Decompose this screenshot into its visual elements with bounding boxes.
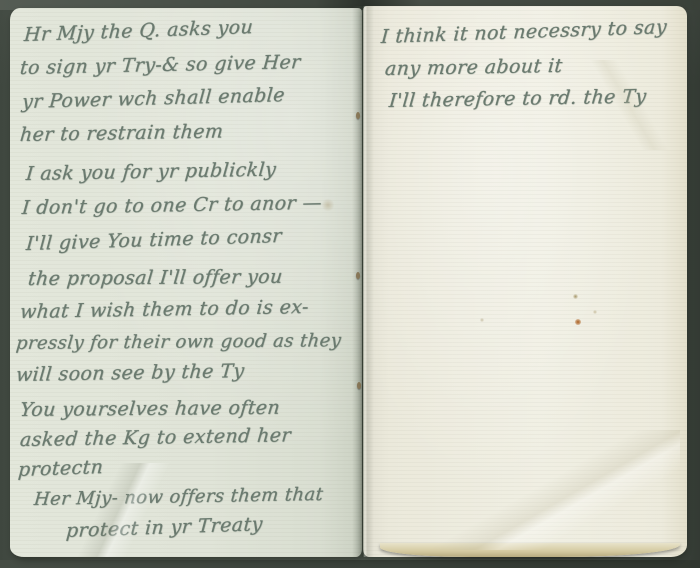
handwritten-line: pressly for their own good as they <box>15 332 342 353</box>
notebook-photograph: Hr Mjy the Q. asks you to sign yr Try-& … <box>0 0 700 568</box>
handwritten-line: yr Power wch shall enable <box>21 86 285 112</box>
handwritten-line: I think it not necessry to say <box>380 18 667 47</box>
handwritten-line: will soon see by the Ty <box>15 362 245 385</box>
stitch-thread <box>357 382 361 389</box>
handwritten-line: I'll therefore to rd. the Ty <box>388 87 647 111</box>
handwritten-line: I don't go to one Cr to anor — <box>21 194 323 218</box>
stitch-thread <box>356 272 360 279</box>
handwritten-line: the proposal I'll offer you <box>27 268 283 289</box>
handwritten-line: asked the Kg to extend her <box>19 426 292 450</box>
handwritten-line: any more about it <box>384 57 563 79</box>
handwritten-line: You yourselves have often <box>19 399 281 420</box>
handwritten-line: protect in yr Treaty <box>65 515 263 541</box>
handwritten-line: Hr Mjy the Q. asks you <box>23 18 253 45</box>
handwritten-line: what I wish them to do is ex- <box>19 298 309 322</box>
handwritten-line: I'll give You time to consr <box>25 227 282 254</box>
handwritten-line: I ask you for yr publickly <box>25 161 277 184</box>
left-page: Hr Mjy the Q. asks you to sign yr Try-& … <box>10 8 362 557</box>
handwritten-line: protectn <box>17 458 104 480</box>
stitch-thread <box>356 112 360 119</box>
cover-bottom-edge <box>0 560 700 568</box>
handwritten-line: her to restrain them <box>19 122 224 145</box>
handwritten-line: Her Mjy- now offers them that <box>33 486 324 509</box>
right-page: I think it not necessry to say any more … <box>363 6 687 557</box>
handwritten-line: to sign yr Try-& so give Her <box>19 53 301 78</box>
